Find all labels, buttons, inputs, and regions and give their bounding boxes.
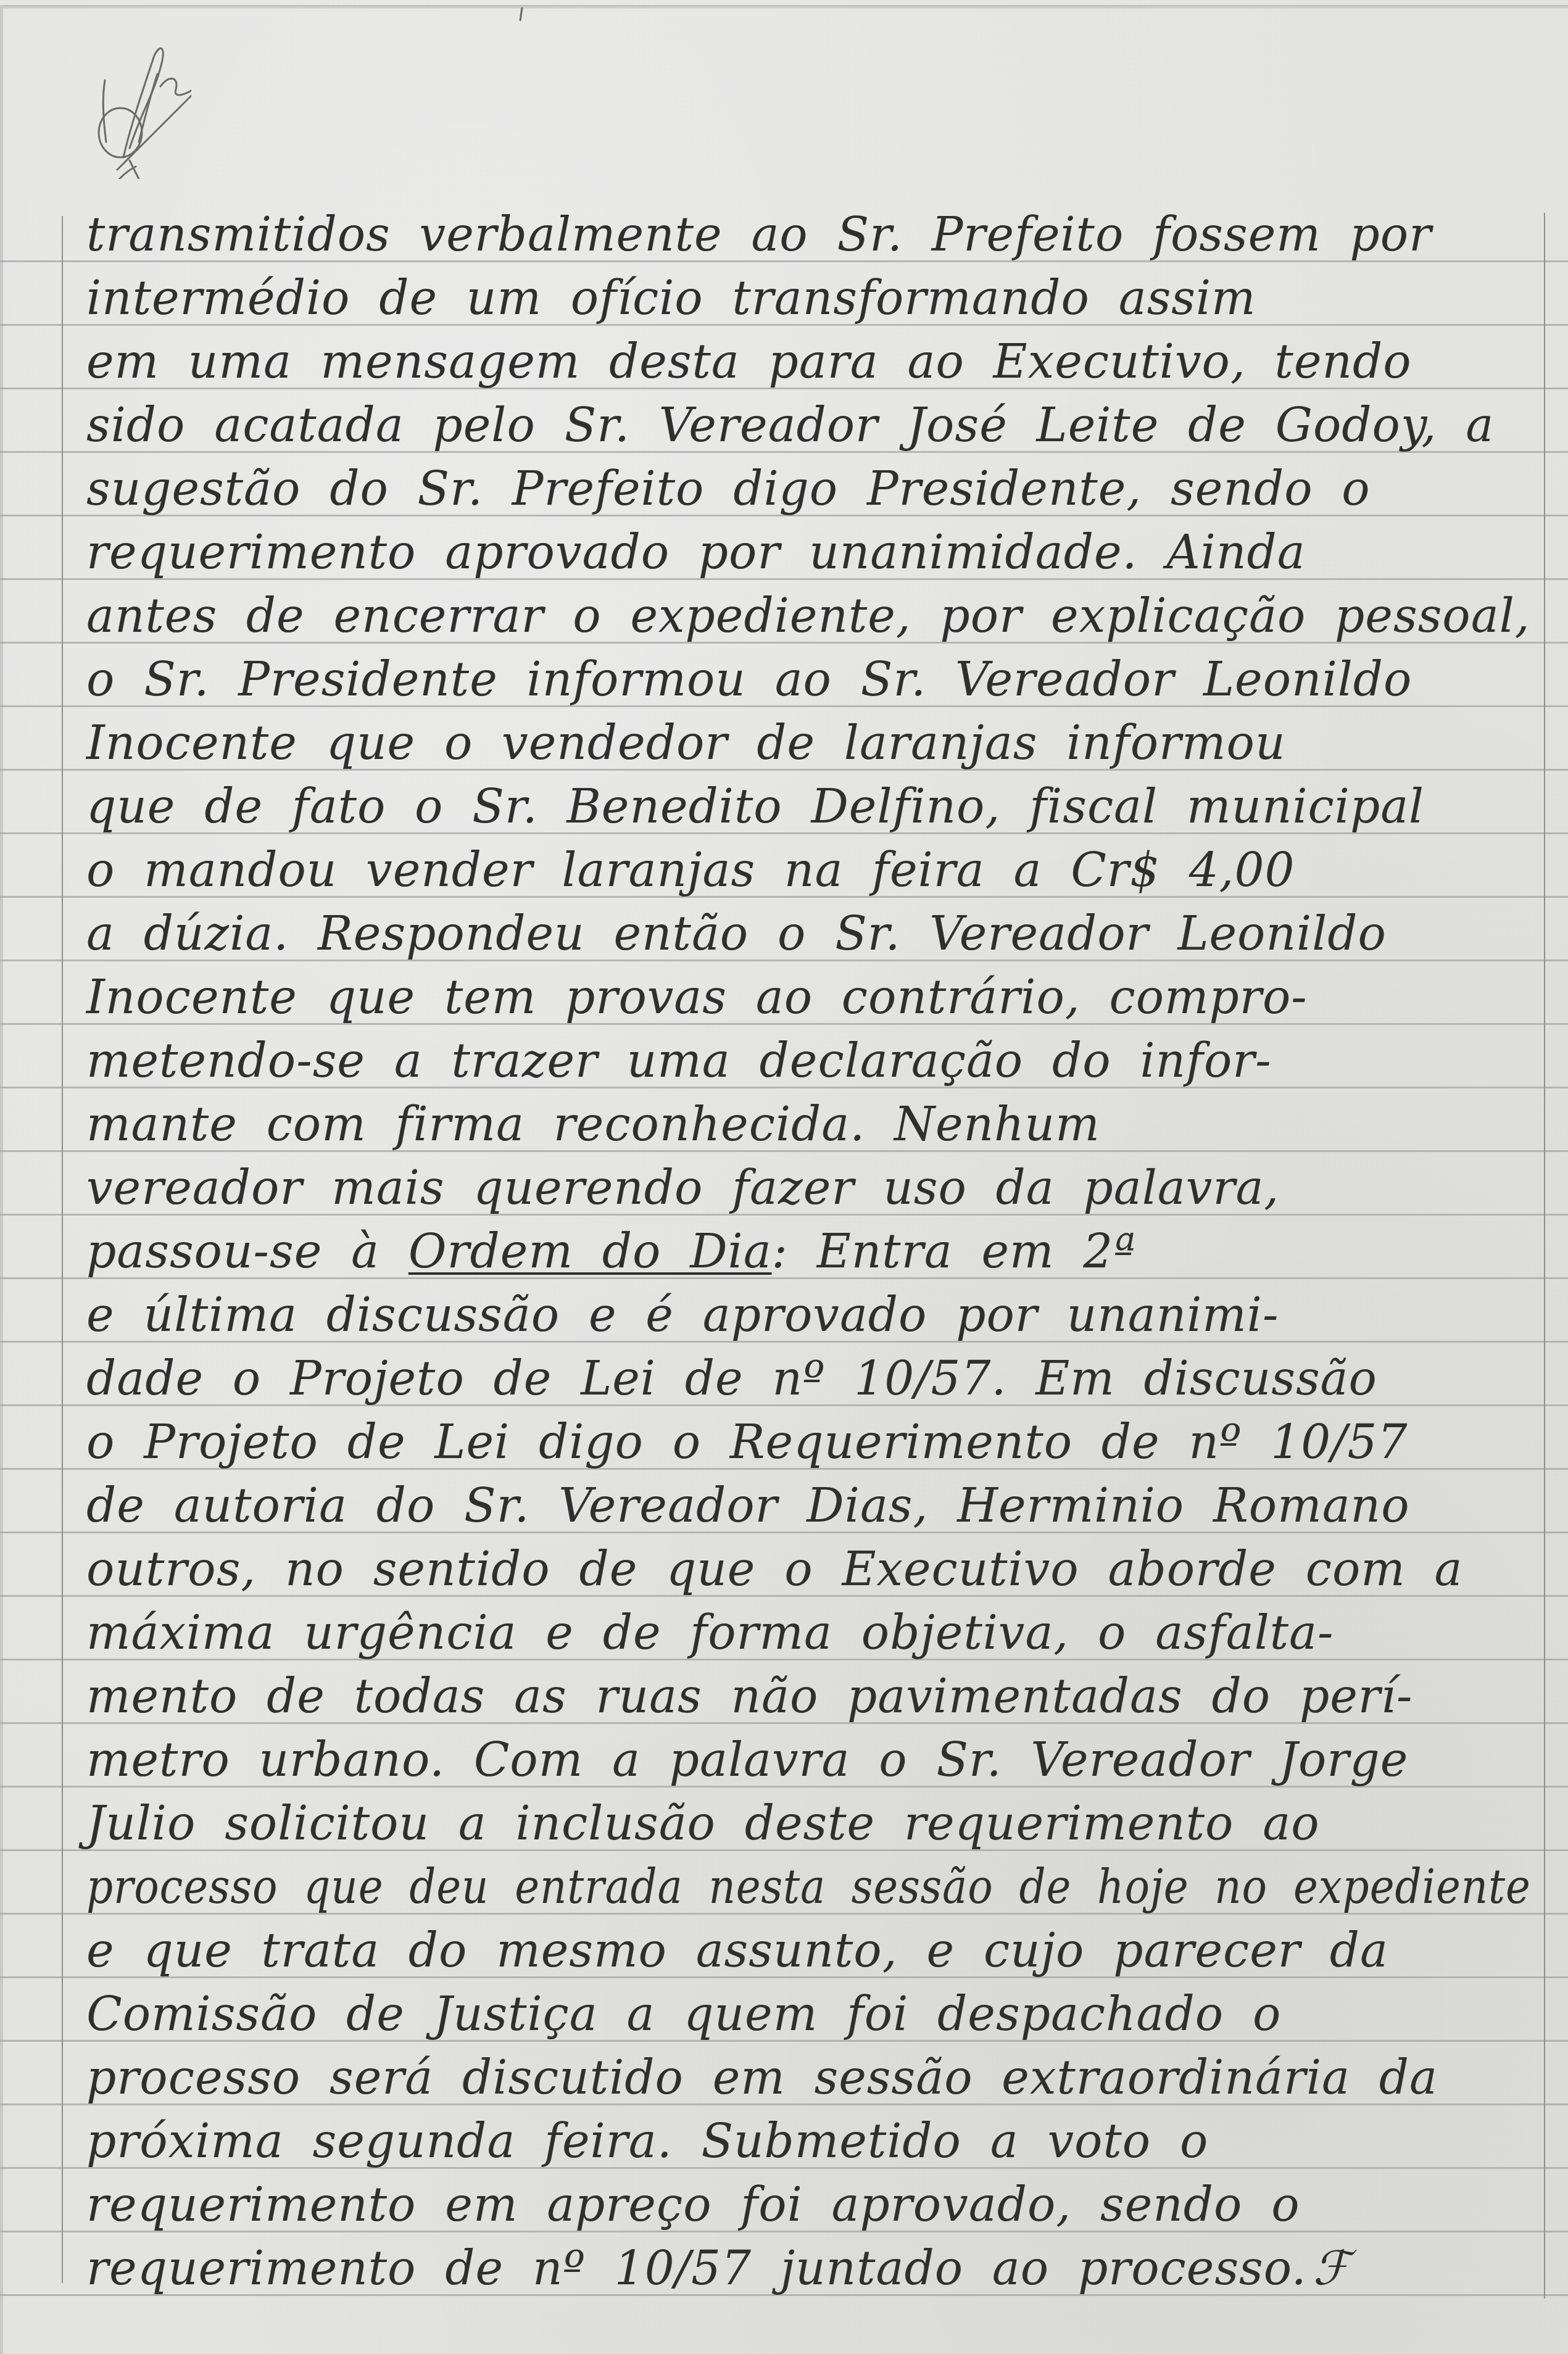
text-line: processo será discutido em sessão extrao…	[86, 2047, 1531, 2108]
ordem-do-dia-heading: Ordem do Dia	[409, 1224, 772, 1279]
text-line: mento de todas as ruas não pavimentadas …	[86, 1665, 1531, 1727]
text-line: requerimento em apreço foi aprovado, sen…	[86, 2174, 1531, 2236]
text-line: metro urbano. Com a palavra o Sr. Veread…	[86, 1729, 1531, 1791]
text-line: transmitidos verbalmente ao Sr. Prefeito…	[86, 204, 1531, 265]
text-line: antes de encerrar o expediente, por expl…	[86, 585, 1531, 647]
text-line: de autoria do Sr. Vereador Dias, Hermini…	[86, 1475, 1531, 1536]
text-line: outros, no sentido de que o Executivo ab…	[86, 1538, 1531, 1600]
text-line: mante com firma reconhecida. Nenhum	[86, 1093, 1531, 1155]
text-line: que de fato o Sr. Benedito Delfino, fisc…	[86, 776, 1531, 837]
text-line: dade o Projeto de Lei de nº 10/57. Em di…	[86, 1348, 1531, 1409]
text-line-ordem-do-dia: passou-se à Ordem do Dia: Entra em 2ª	[86, 1221, 1531, 1282]
text-line: sido acatada pelo Sr. Vereador José Leit…	[86, 394, 1531, 456]
text-fragment: passou-se à	[86, 1224, 380, 1279]
text-line: o mandou vender laranjas na feira a Cr$ …	[86, 839, 1531, 901]
text-line: Comissão de Justiça a quem foi despachad…	[86, 1983, 1531, 2045]
document-page: transmitidos verbalmente ao Sr. Prefeito…	[0, 0, 1568, 2354]
end-flourish-icon: ℱ	[1313, 2237, 1350, 2299]
signature-icon	[68, 19, 191, 179]
text-line: o Projeto de Lei digo o Requerimento de …	[86, 1411, 1531, 1473]
text-line: requerimento aprovado por unanimidade. A…	[86, 521, 1531, 583]
text-fragment: : Entra em 2ª	[772, 1224, 1136, 1279]
text-line: e última discussão e é aprovado por unan…	[86, 1284, 1531, 1346]
text-line: Inocente que tem provas ao contrário, co…	[86, 966, 1531, 1028]
text-line: intermédio de um ofício transformando as…	[86, 267, 1531, 329]
text-fragment: requerimento de nº 10/57 juntado ao proc…	[86, 2240, 1307, 2295]
text-line: a dúzia. Respondeu então o Sr. Vereador …	[86, 903, 1531, 964]
text-line: vereador mais querendo fazer uso da pala…	[86, 1157, 1531, 1219]
text-line: sugestão do Sr. Prefeito digo Presidente…	[86, 458, 1531, 520]
text-line: máxima urgência e de forma objetiva, o a…	[86, 1602, 1531, 1664]
text-line: em uma mensagem desta para ao Executivo,…	[86, 331, 1531, 392]
left-margin-rule	[62, 216, 63, 2283]
text-line: Inocente que o vendedor de laranjas info…	[86, 712, 1531, 774]
text-line: o Sr. Presidente informou ao Sr. Vereado…	[86, 649, 1531, 710]
right-margin-rule	[1544, 213, 1545, 2298]
text-line: metendo-se a trazer uma declaração do in…	[86, 1030, 1531, 1092]
text-line-final: requerimento de nº 10/57 juntado ao proc…	[86, 2237, 1531, 2299]
text-line: processo que deu entrada nesta sessão de…	[86, 1856, 1378, 1918]
text-line: próxima segunda feira. Submetido a voto …	[86, 2110, 1531, 2172]
text-line: Julio solicitou a inclusão deste requeri…	[86, 1792, 1531, 1854]
text-line: e que trata do mesmo assunto, e cujo par…	[86, 1920, 1531, 1981]
